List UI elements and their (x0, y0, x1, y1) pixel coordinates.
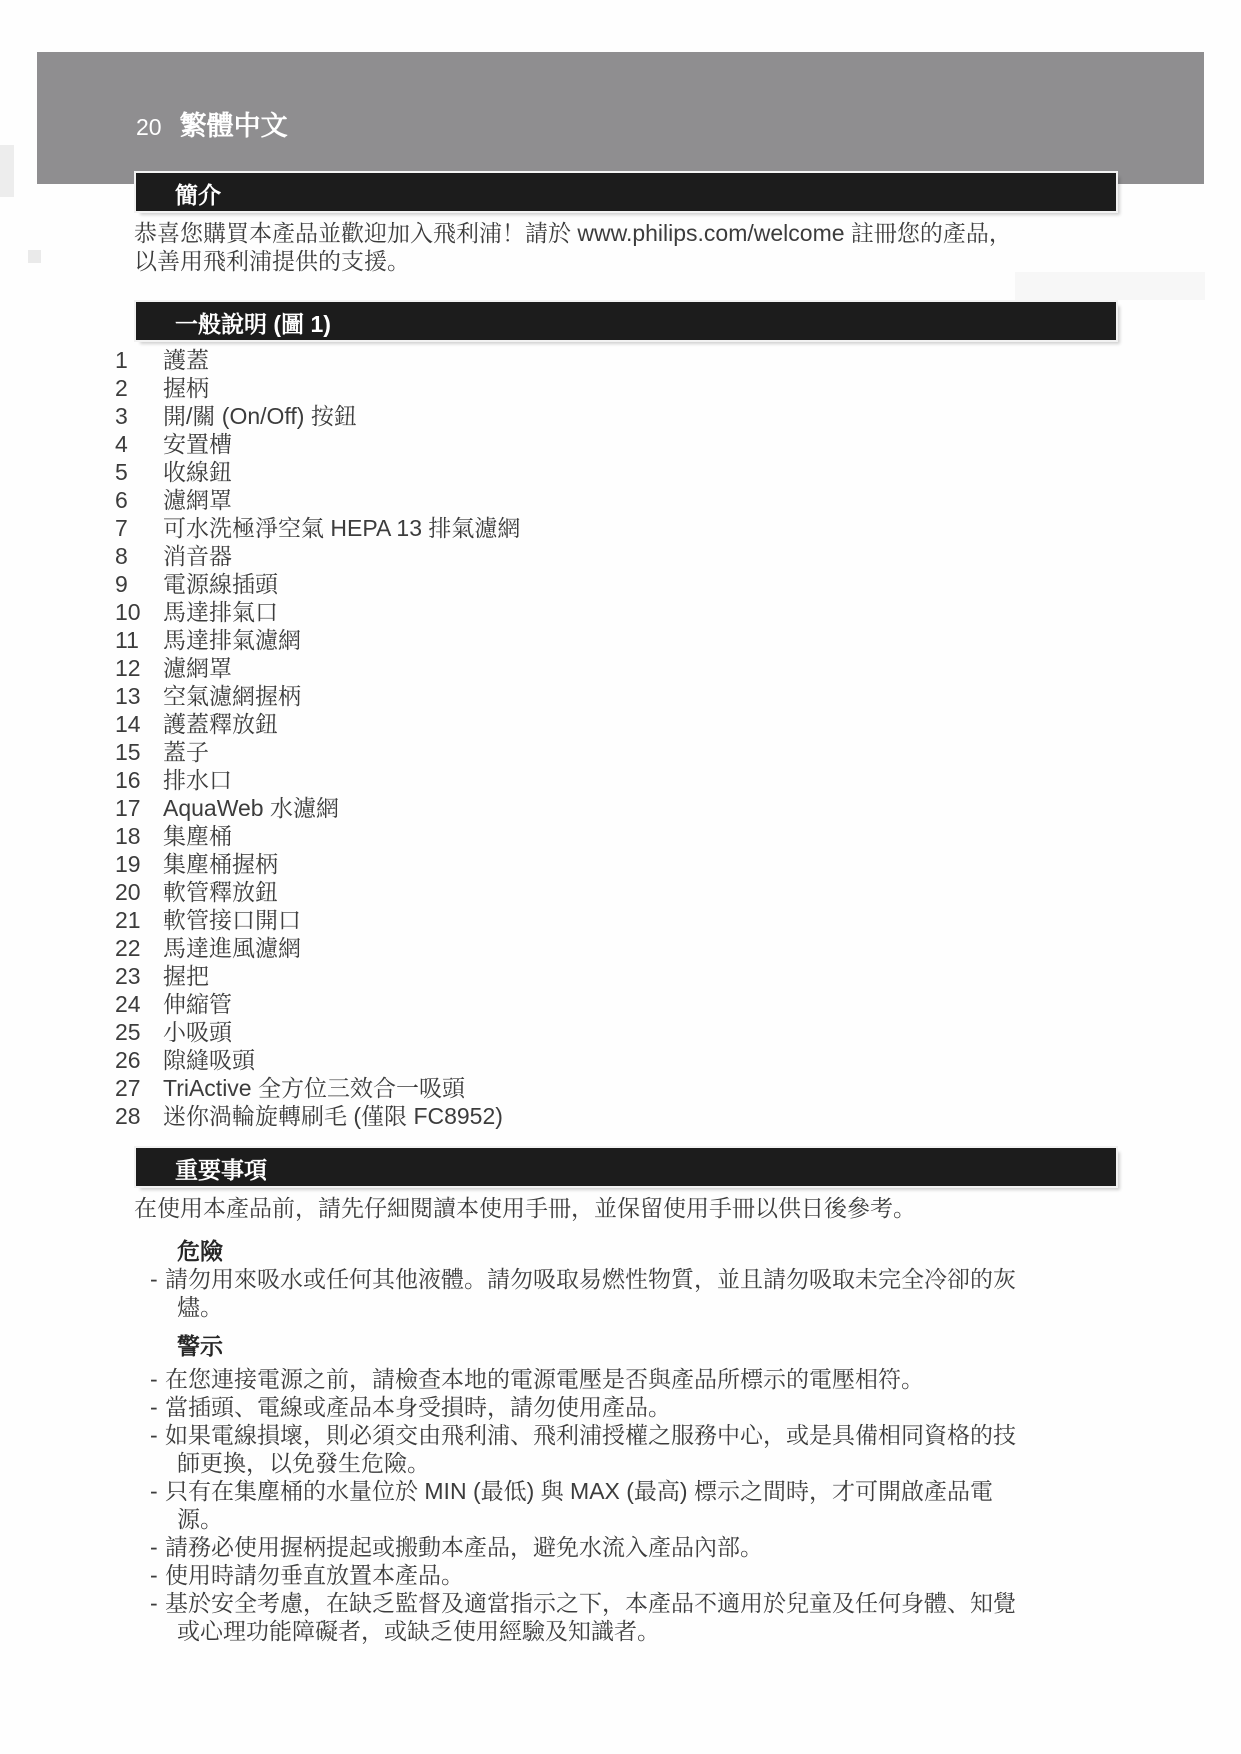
warning-bullet-item: - 請務必使用握柄提起或搬動本產品，避免水流入產品內部。 (0, 1533, 1241, 1561)
item-number: 27 (115, 1074, 163, 1102)
item-label: 蓋子 (163, 739, 209, 765)
parts-list-item: 10馬達排氣口 (115, 598, 1241, 626)
bullet-text: 當插頭、電線或產品本身受損時，請勿使用產品。 (177, 1393, 1162, 1421)
item-number: 22 (115, 934, 163, 962)
item-label: 集塵桶 (163, 823, 232, 849)
page-number: 20 (136, 113, 162, 141)
item-number: 10 (115, 598, 163, 626)
bullet-dash: - (150, 1533, 158, 1561)
parts-list-item: 23握把 (115, 962, 1241, 990)
parts-list-item: 15蓋子 (115, 738, 1241, 766)
item-label: 電源線插頭 (163, 571, 278, 597)
section-title-general-description: 一般說明 (圖 1) (175, 306, 331, 339)
parts-list-item: 7可水洗極淨空氣 HEPA 13 排氣濾網 (115, 514, 1241, 542)
warning-bullet-list: - 在您連接電源之前，請檢查本地的電源電壓是否與產品所標示的電壓相符。 - 當插… (0, 1365, 1241, 1645)
warning-bullet-item: - 當插頭、電線或產品本身受損時，請勿使用產品。 (0, 1393, 1241, 1421)
item-number: 16 (115, 766, 163, 794)
item-label: 迷你渦輪旋轉刷毛 (僅限 FC8952) (163, 1103, 503, 1129)
item-label: 軟管接口開口 (163, 907, 301, 933)
parts-list-item: 26隙縫吸頭 (115, 1046, 1241, 1074)
bullet-text: 只有在集塵桶的水量位於 MIN (最低) 與 MAX (最高) 標示之間時，才可… (177, 1477, 1162, 1533)
item-number: 19 (115, 850, 163, 878)
item-number: 9 (115, 570, 163, 598)
parts-list: 1護蓋 2握柄 3開/關 (On/Off) 按鈕 4安置槽 5收線鈕 6濾網罩 (115, 346, 1241, 1130)
danger-bullet-list: - 請勿用來吸水或任何其他液體。請勿吸取易燃性物質，並且請勿吸取未完全冷卻的灰燼… (0, 1265, 1241, 1321)
item-number: 11 (115, 626, 163, 654)
bullet-dash: - (150, 1393, 158, 1421)
item-label: 安置槽 (163, 431, 232, 457)
item-number: 12 (115, 654, 163, 682)
warning-bullet-item: - 如果電線損壞，則必須交由飛利浦、飛利浦授權之服務中心，或是具備相同資格的技師… (0, 1421, 1241, 1477)
bullet-dash: - (150, 1421, 158, 1449)
item-number: 18 (115, 822, 163, 850)
item-label: 隙縫吸頭 (163, 1047, 255, 1073)
item-number: 7 (115, 514, 163, 542)
item-label: 開/關 (On/Off) 按鈕 (163, 403, 357, 429)
danger-heading: 危險 (177, 1237, 1241, 1265)
item-number: 5 (115, 458, 163, 486)
item-label: 濾網罩 (163, 487, 232, 513)
item-label: 伸縮管 (163, 991, 232, 1017)
bullet-dash: - (150, 1365, 158, 1393)
bullet-dash: - (150, 1561, 158, 1589)
item-number: 25 (115, 1018, 163, 1046)
bullet-dash: - (150, 1265, 158, 1293)
warning-bullet-item: - 使用時請勿垂直放置本產品。 (0, 1561, 1241, 1589)
item-number: 1 (115, 346, 163, 374)
bullet-text: 如果電線損壞，則必須交由飛利浦、飛利浦授權之服務中心，或是具備相同資格的技師更換… (177, 1421, 1162, 1477)
item-number: 4 (115, 430, 163, 458)
parts-list-item: 3開/關 (On/Off) 按鈕 (115, 402, 1241, 430)
bullet-dash: - (150, 1589, 158, 1617)
parts-list-item: 19集塵桶握柄 (115, 850, 1241, 878)
parts-list-item: 12濾網罩 (115, 654, 1241, 682)
section-title-important: 重要事項 (175, 1152, 267, 1185)
item-label: 軟管釋放鈕 (163, 879, 278, 905)
manual-page: 20 繁體中文 簡介 恭喜您購買本產品並歡迎加入飛利浦！請於 www.phili… (0, 0, 1241, 1754)
item-number: 20 (115, 878, 163, 906)
parts-list-item: 9電源線插頭 (115, 570, 1241, 598)
parts-list-item: 11馬達排氣濾網 (115, 626, 1241, 654)
warning-heading: 警示 (177, 1332, 1241, 1360)
scan-artifact (0, 145, 14, 197)
parts-list-item: 17AquaWeb 水濾網 (115, 794, 1241, 822)
item-label: 空氣濾網握柄 (163, 683, 301, 709)
item-label: 濾網罩 (163, 655, 232, 681)
warning-bullet-item: - 基於安全考慮，在缺乏監督及適當指示之下，本產品不適用於兒童及任何身體、知覺或… (0, 1589, 1241, 1645)
bullet-text: 基於安全考慮，在缺乏監督及適當指示之下，本產品不適用於兒童及任何身體、知覺或心理… (177, 1589, 1162, 1645)
bullet-text: 請務必使用握柄提起或搬動本產品，避免水流入產品內部。 (177, 1533, 1162, 1561)
warning-bullet-item: - 只有在集塵桶的水量位於 MIN (最低) 與 MAX (最高) 標示之間時，… (0, 1477, 1241, 1533)
scan-artifact (28, 250, 41, 263)
item-label: 消音器 (163, 543, 232, 569)
item-number: 23 (115, 962, 163, 990)
parts-list-item: 21軟管接口開口 (115, 906, 1241, 934)
item-label: 護蓋釋放鈕 (163, 711, 278, 737)
item-label: 可水洗極淨空氣 HEPA 13 排氣濾網 (163, 515, 520, 541)
item-number: 8 (115, 542, 163, 570)
item-number: 24 (115, 990, 163, 1018)
item-number: 26 (115, 1046, 163, 1074)
intro-paragraph: 恭喜您購買本產品並歡迎加入飛利浦！請於 www.philips.com/welc… (134, 219, 1174, 275)
section-bar-important: 重要事項 (136, 1148, 1116, 1186)
item-label: AquaWeb 水濾網 (163, 795, 339, 821)
section-bar-general-description: 一般說明 (圖 1) (136, 302, 1116, 340)
bullet-text: 在您連接電源之前，請檢查本地的電源電壓是否與產品所標示的電壓相符。 (177, 1365, 1162, 1393)
parts-list-item: 5收線鈕 (115, 458, 1241, 486)
parts-list-item: 14護蓋釋放鈕 (115, 710, 1241, 738)
parts-list-item: 20軟管釋放鈕 (115, 878, 1241, 906)
item-label: TriActive 全方位三效合一吸頭 (163, 1075, 465, 1101)
item-label: 握把 (163, 963, 209, 989)
danger-bullet-item: - 請勿用來吸水或任何其他液體。請勿吸取易燃性物質，並且請勿吸取未完全冷卻的灰燼… (0, 1265, 1241, 1321)
page-header-band: 20 繁體中文 (37, 52, 1204, 184)
item-label: 小吸頭 (163, 1019, 232, 1045)
parts-list-item: 24伸縮管 (115, 990, 1241, 1018)
parts-list-item: 28迷你渦輪旋轉刷毛 (僅限 FC8952) (115, 1102, 1241, 1130)
item-number: 14 (115, 710, 163, 738)
language-label: 繁體中文 (180, 111, 288, 141)
important-intro-paragraph: 在使用本產品前，請先仔細閱讀本使用手冊，並保留使用手冊以供日後參考。 (134, 1194, 1174, 1222)
parts-list-item: 8消音器 (115, 542, 1241, 570)
bullet-text: 請勿用來吸水或任何其他液體。請勿吸取易燃性物質，並且請勿吸取未完全冷卻的灰燼。 (177, 1265, 1162, 1321)
scan-artifact (1015, 272, 1205, 300)
item-number: 28 (115, 1102, 163, 1130)
parts-list-item: 13空氣濾網握柄 (115, 682, 1241, 710)
section-bar-intro: 簡介 (136, 173, 1116, 211)
item-label: 排水口 (163, 767, 232, 793)
parts-list-item: 4安置槽 (115, 430, 1241, 458)
parts-list-item: 25小吸頭 (115, 1018, 1241, 1046)
item-label: 集塵桶握柄 (163, 851, 278, 877)
parts-list-item: 2握柄 (115, 374, 1241, 402)
item-label: 護蓋 (163, 347, 209, 373)
item-label: 握柄 (163, 375, 209, 401)
parts-list-item: 27TriActive 全方位三效合一吸頭 (115, 1074, 1241, 1102)
section-title-intro: 簡介 (175, 177, 221, 210)
bullet-dash: - (150, 1477, 158, 1505)
item-number: 21 (115, 906, 163, 934)
parts-list-item: 22馬達進風濾網 (115, 934, 1241, 962)
parts-list-item: 1護蓋 (115, 346, 1241, 374)
parts-list-item: 6濾網罩 (115, 486, 1241, 514)
item-number: 2 (115, 374, 163, 402)
parts-list-item: 18集塵桶 (115, 822, 1241, 850)
item-label: 收線鈕 (163, 459, 232, 485)
item-number: 15 (115, 738, 163, 766)
bullet-text: 使用時請勿垂直放置本產品。 (177, 1561, 1162, 1589)
warning-bullet-item: - 在您連接電源之前，請檢查本地的電源電壓是否與產品所標示的電壓相符。 (0, 1365, 1241, 1393)
parts-list-item: 16排水口 (115, 766, 1241, 794)
item-label: 馬達排氣濾網 (163, 627, 301, 653)
item-number: 13 (115, 682, 163, 710)
item-label: 馬達進風濾網 (163, 935, 301, 961)
item-number: 6 (115, 486, 163, 514)
item-label: 馬達排氣口 (163, 599, 278, 625)
item-number: 17 (115, 794, 163, 822)
item-number: 3 (115, 402, 163, 430)
